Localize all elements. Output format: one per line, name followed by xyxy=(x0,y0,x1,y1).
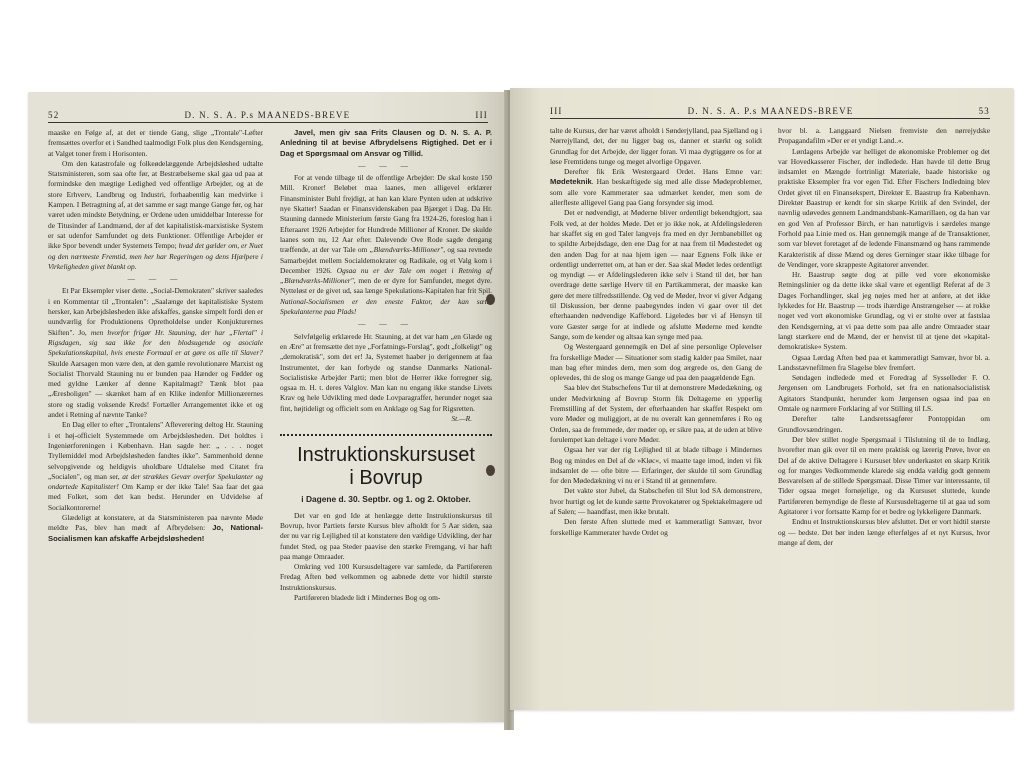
right-running-head: III D. N. S. A. P.s MAANEDS-BREVE 53 xyxy=(550,98,990,119)
section-divider: — — — xyxy=(48,274,263,284)
section-divider: — — — xyxy=(280,319,492,329)
right-running-title: D. N. S. A. P.s MAANEDS-BREVE xyxy=(688,106,854,116)
left-running-title: D. N. S. A. P.s MAANEDS-BREVE xyxy=(184,110,350,120)
left-column-1: maaske en Følge af, at det er tiende Gan… xyxy=(48,128,263,544)
paragraph: Saa blev det Stabschefens Tur til at dem… xyxy=(550,383,762,445)
right-issue-number: III xyxy=(550,106,563,116)
article-headline: Instruktionskursuset i Bovrup xyxy=(280,444,492,490)
binding-hole-upper xyxy=(486,294,495,305)
paragraph: Selvfølgelig erklærede Hr. Stauning, at … xyxy=(280,332,492,414)
paragraph: talte de Kursus, der har været afholdt i… xyxy=(550,126,762,167)
left-column-2: Javel, men giv saa Frits Clausen og D. N… xyxy=(280,128,492,603)
right-column-2: hvor bl. a. Langgaard Nielsen fremviste … xyxy=(778,126,990,548)
bold-intro: Javel, men giv saa Frits Clausen og D. N… xyxy=(280,128,492,159)
paragraph: Partiføreren bladede lidt i Mindernes Bo… xyxy=(280,593,492,603)
article-subheading: i Dagene d. 30. Septbr. og 1. og 2. Okto… xyxy=(280,494,492,504)
paragraph: Endnu et Instruktionskursus blev afslutt… xyxy=(778,517,990,548)
signature: St.—R. xyxy=(280,414,492,424)
paragraph: Det er nødvendigt, at Møderne bliver ord… xyxy=(550,208,762,342)
dotted-rule xyxy=(280,434,492,436)
paragraph: Det var en god Ide at henlægge dette Ins… xyxy=(280,511,492,562)
paragraph: hvor bl. a. Langgaard Nielsen fremviste … xyxy=(778,126,990,147)
paragraph: Omkring ved 100 Kursusdeltagere var saml… xyxy=(280,562,492,593)
paragraph: Lørdagens Arbejde var helliget de økonom… xyxy=(778,147,990,271)
paragraph: Søndagen indledede med et Foredrag af Sy… xyxy=(778,373,990,414)
paragraph: Ogsaa her var der rig Lejlighed til at b… xyxy=(550,445,762,486)
paragraph: Og Westergaard gennemgik en Del af sine … xyxy=(550,342,762,383)
paragraph: Derefter talte Landsretssagfører Pontopp… xyxy=(778,414,990,435)
right-page-number: 53 xyxy=(979,106,990,116)
paragraph: Ogsaa Lørdag Aften bød paa et kammeratli… xyxy=(778,353,990,374)
left-running-head: 52 D. N. S. A. P.s MAANEDS-BREVE III xyxy=(48,102,488,123)
right-column-1: talte de Kursus, der har været afholdt i… xyxy=(550,126,762,538)
section-divider: — — — xyxy=(280,161,492,171)
left-issue-number: III xyxy=(475,110,488,120)
right-page: III D. N. S. A. P.s MAANEDS-BREVE 53 tal… xyxy=(510,88,1014,710)
binding-hole-lower xyxy=(486,465,495,476)
paragraph: Den første Aften sluttede med et kammera… xyxy=(550,517,762,538)
left-page-number: 52 xyxy=(48,110,59,120)
bold-term: Mødeteknik xyxy=(550,177,592,186)
paragraph: Hr. Baastrup søgte dog at pille ved vore… xyxy=(778,270,990,352)
left-page: 52 D. N. S. A. P.s MAANEDS-BREVE III maa… xyxy=(28,92,510,722)
paragraph: Der blev stillet nogle Spørgsmaal i Tils… xyxy=(778,435,990,517)
paragraph: Det vakte stor Jubel, da Stabschefen til… xyxy=(550,486,762,517)
paragraph: maaske en Følge af, at det er tiende Gan… xyxy=(48,128,263,159)
